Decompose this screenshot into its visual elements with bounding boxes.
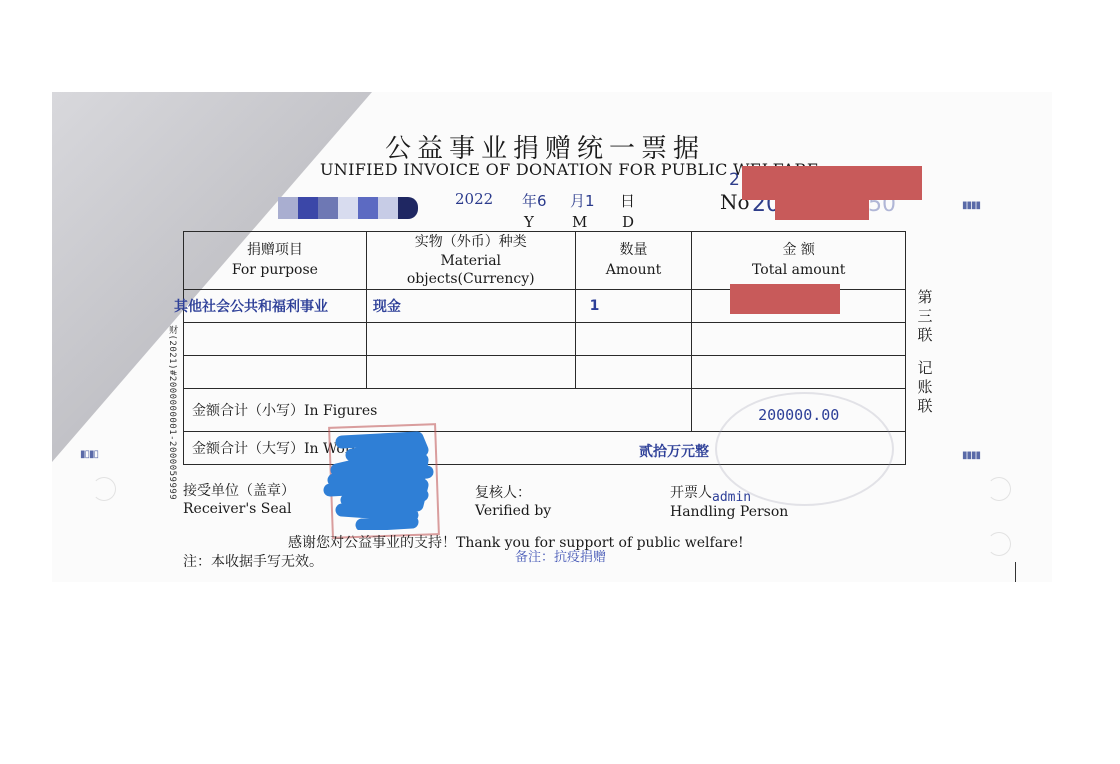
redaction-box	[775, 196, 869, 220]
cell-quantity: 1	[575, 289, 692, 322]
cell-purpose: 其他社会公共和福利事业	[184, 289, 367, 322]
header-purpose: 捐赠项目For purpose	[184, 232, 367, 290]
table-header-row: 捐赠项目For purpose 实物（外币）种类Material objects…	[184, 232, 906, 290]
margin-perforation-mark: ▮▮▮▮	[962, 200, 980, 211]
remark-note: 备注：抗疫捐赠	[515, 546, 606, 565]
table-row	[184, 355, 906, 388]
copy-label: 第三联 记账联	[916, 288, 934, 416]
header-material: 实物（外币）种类Material objects(Currency)	[366, 232, 575, 290]
table-row	[184, 322, 906, 355]
header-total: 金 额Total amount	[692, 232, 906, 290]
handwriting-invalid-notice: 注：本收据手写无效。	[183, 553, 323, 571]
date-day-char: 日	[620, 190, 635, 211]
binding-hole	[987, 532, 1011, 556]
date-day: 月1	[570, 190, 595, 211]
receiver-seal-label: 接受单位（盖章）Receiver's Seal	[183, 482, 295, 518]
label-y: Y	[524, 213, 534, 231]
scribble-redaction	[322, 430, 437, 530]
cut-mark	[1015, 562, 1016, 582]
redacted-mosaic	[278, 197, 418, 219]
header-quantity: 数量Amount	[575, 232, 692, 290]
side-serial: 财(2021)#2000000001-2000059999	[166, 325, 179, 500]
redaction-box	[742, 166, 922, 200]
binding-hole	[987, 477, 1011, 501]
binding-hole	[92, 477, 116, 501]
date-year: 2022	[455, 190, 493, 208]
table-row: 其他社会公共和福利事业 现金 1	[184, 289, 906, 322]
date-month: 年6	[522, 190, 547, 211]
label-m: M	[572, 213, 587, 231]
handling-person-label: 开票人admin Handling Person	[670, 484, 788, 521]
margin-perforation-mark: ▮▮▮▮	[962, 450, 980, 461]
redaction-box	[730, 284, 840, 314]
cell-material: 现金	[366, 289, 575, 322]
label-d: D	[622, 213, 634, 231]
verified-by-label: 复核人：Verified by	[475, 484, 551, 520]
number-prefix: 2	[729, 170, 740, 190]
margin-perforation-mark: ▮▯▮▯	[80, 449, 98, 460]
cell-total	[692, 289, 906, 322]
sum-words-value: 贰拾万元整	[639, 441, 709, 461]
handler-value: admin	[712, 490, 751, 505]
sum-figures-label: 金额合计（小写）In Figures	[184, 388, 692, 431]
